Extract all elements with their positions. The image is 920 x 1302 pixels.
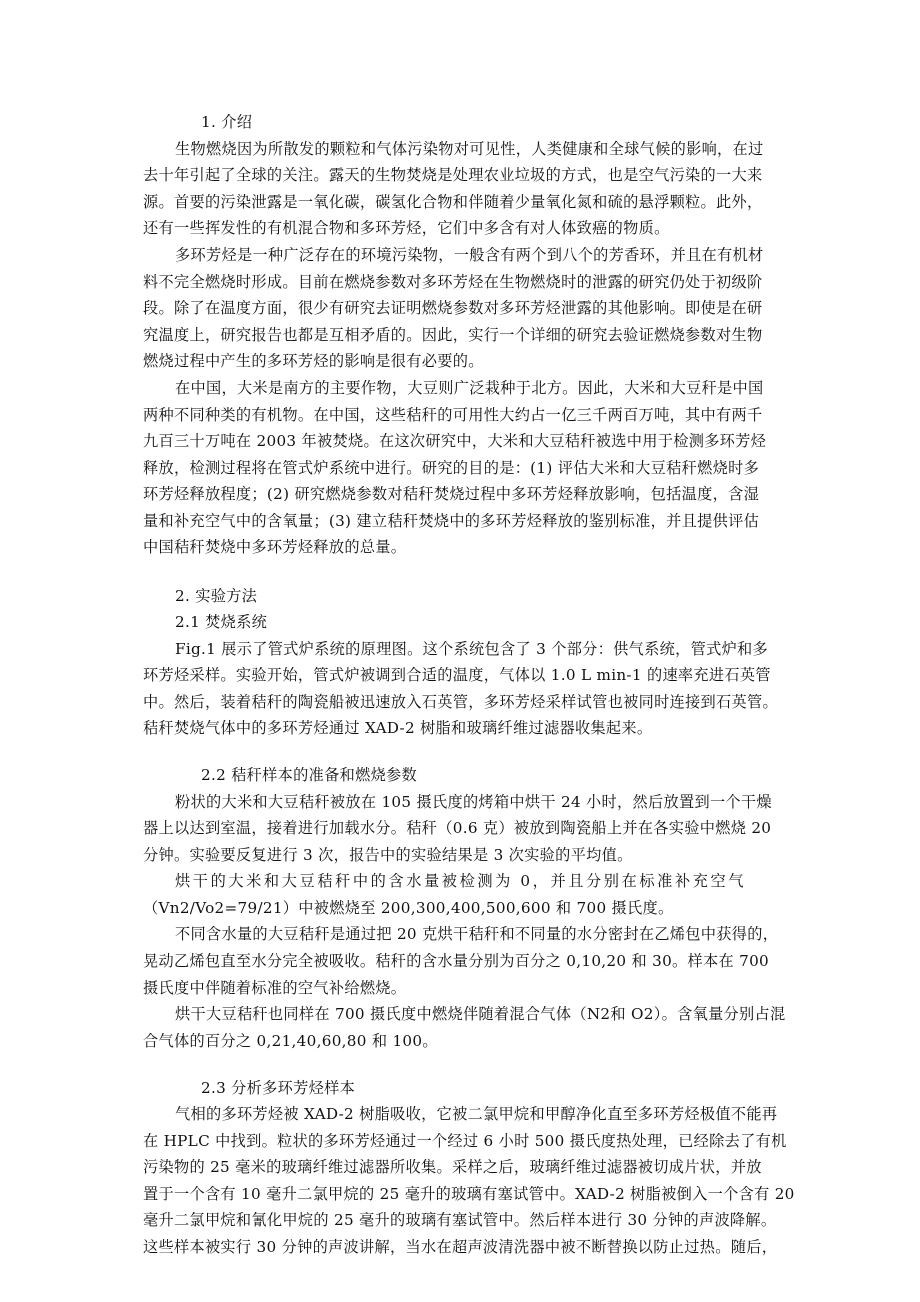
section-heading-methods: 2. 实验方法 (175, 586, 257, 606)
paragraph-line: 中。然后，装着秸秆的陶瓷船被迅速放入石英管，多环芳烃采样试管也被同时连接到石英管… (143, 692, 778, 712)
paragraph-line: 释放，检测过程将在管式炉系统中进行。研究的目的是：(1) 评估大米和大豆秸秆燃烧… (143, 458, 759, 478)
paragraph-line: 烘干大豆秸秆也同样在 700 摄氏度中燃烧伴随着混合气体（N2和 O2）。含氧量… (175, 1004, 786, 1024)
section-heading-combustion-system: 2.1 焚烧系统 (175, 612, 267, 632)
paragraph-line: 两种不同种类的有机物。在中国，这些秸秆的可用性大约占一亿三千两百万吨，其中有两千 (143, 405, 763, 425)
paragraph-line: 这些样本被实行 30 分钟的声波讲解，当水在超声波清洗器中被不断替换以防止过热。… (143, 1237, 777, 1257)
paragraph-line: 晃动乙烯包直至水分完全被吸收。秸秆的含水量分别为百分之 0,10,20 和 30… (143, 951, 769, 971)
paragraph-line: 段。除了在温度方面，很少有研究去证明燃烧参数对多环芳烃泄露的其他影响。即使是在研 (143, 298, 763, 318)
section-heading-pah-analysis: 2.3 分析多环芳烃样本 (201, 1078, 355, 1098)
paragraph-line: 多环芳烃是一种广泛存在的环境污染物，一般含有两个到八个的芳香环，并且在有机材 (175, 245, 764, 265)
paragraph-line: 秸秆焚烧气体中的多环芳烃通过 XAD-2 树脂和玻璃纤维过滤器收集起来。 (143, 718, 652, 738)
paragraph-line: 粉状的大米和大豆秸秆被放在 105 摄氏度的烤箱中烘干 24 小时，然后放置到一… (175, 792, 772, 812)
section-heading-sample-prep: 2.2 秸秆样本的准备和燃烧参数 (201, 765, 417, 785)
paragraph-line: 去十年引起了全球的关注。露天的生物焚烧是处理农业垃圾的方式，也是空气污染的一大来 (143, 165, 763, 185)
paragraph-line: 环芳烃释放程度；(2) 研究燃烧参数对秸秆焚烧过程中多环芳烃释放影响，包括温度，… (143, 484, 759, 504)
paragraph-line: 污染物的 25 毫米的玻璃纤维过滤器所收集。采样之后，玻璃纤维过滤器被切成片状，… (143, 1157, 762, 1177)
paragraph-line: 究温度上，研究报告也都是互相矛盾的。因此，实行一个详细的研究去验证燃烧参数对生物 (143, 325, 763, 345)
paragraph-line: 源。首要的污染泄露是一氧化碳，碳氢化合物和伴随着少量氧化氮和硫的悬浮颗粒。此外， (143, 192, 763, 212)
paragraph-line: 量和补充空气中的含氧量；(3) 建立秸秆焚烧中的多环芳烃释放的鉴别标准，并且提供… (143, 511, 759, 531)
paragraph-line: 在中国，大米是南方的主要作物，大豆则广泛栽种于北方。因此，大米和大豆秆是中国 (175, 378, 764, 398)
paragraph-line: （Vn2/Vo2=79/21）中被燃烧至 200,300,400,500,600… (143, 898, 674, 918)
paragraph-line: 在 HPLC 中找到。粒状的多环芳烃通过一个经过 6 小时 500 摄氏度热处理… (143, 1131, 787, 1151)
paragraph-line: 摄氏度中伴随着标准的空气补给燃烧。 (143, 978, 406, 998)
paragraph-line: 还有一些挥发性的有机混合物和多环芳烃，它们中多含有对人体致癌的物质。 (143, 218, 670, 238)
paragraph-line: 中国秸秆焚烧中多环芳烃释放的总量。 (143, 537, 406, 557)
paragraph-line: 器上以达到室温，接着进行加载水分。秸秆（0.6 克）被放到陶瓷船上并在各实验中燃… (143, 818, 771, 838)
paragraph-line: 置于一个含有 10 毫升二氯甲烷的 25 毫升的玻璃有塞试管中。XAD-2 树脂… (143, 1184, 795, 1204)
paragraph-line: Fig.1 展示了管式炉系统的原理图。这个系统包含了 3 个部分：供气系统，管式… (175, 639, 768, 659)
paragraph-line: 分钟。实验要反复进行 3 次，报告中的实验结果是 3 次实验的平均值。 (143, 845, 633, 865)
paragraph-line: 不同含水量的大豆秸秆是通过把 20 克烘干秸秆和不同量的水分密封在乙烯包中获得的… (175, 924, 778, 944)
paragraph-line: 料不完全燃烧时形成。目前在燃烧参数对多环芳烃在生物燃烧时的泄露的研究仍处于初级阶 (143, 272, 763, 292)
paragraph-line: 毫升二氯甲烷和氰化甲烷的 25 毫升的玻璃有塞试管中。然后样本进行 30 分钟的… (143, 1210, 776, 1230)
paragraph-line: 合气体的百分之 0,21,40,60,80 和 100。 (143, 1031, 438, 1051)
paragraph-line: 气相的多环芳烃被 XAD-2 树脂吸收，它被二氯甲烷和甲醇净化直至多环芳烃极值不… (175, 1104, 777, 1124)
paragraph-line: 生物燃烧因为所散发的颗粒和气体污染物对可见性，人类健康和全球气候的影响，在过 (175, 139, 764, 159)
paragraph-line: 环芳烃采样。实验开始，管式炉被调到合适的温度，气体以 1.0 L min-1 的… (143, 665, 771, 685)
paragraph-line: 九百三十万吨在 2003 年被焚烧。在这次研究中，大米和大豆秸秆被选中用于检测多… (143, 431, 766, 451)
paragraph-line: 烘干的大米和大豆秸秆中的含水量被检测为 0，并且分别在标准补充空气 (175, 871, 746, 891)
paragraph-line: 燃烧过程中产生的多环芳烃的影响是很有必要的。 (143, 351, 484, 371)
section-heading-intro: 1. 介绍 (201, 112, 252, 132)
